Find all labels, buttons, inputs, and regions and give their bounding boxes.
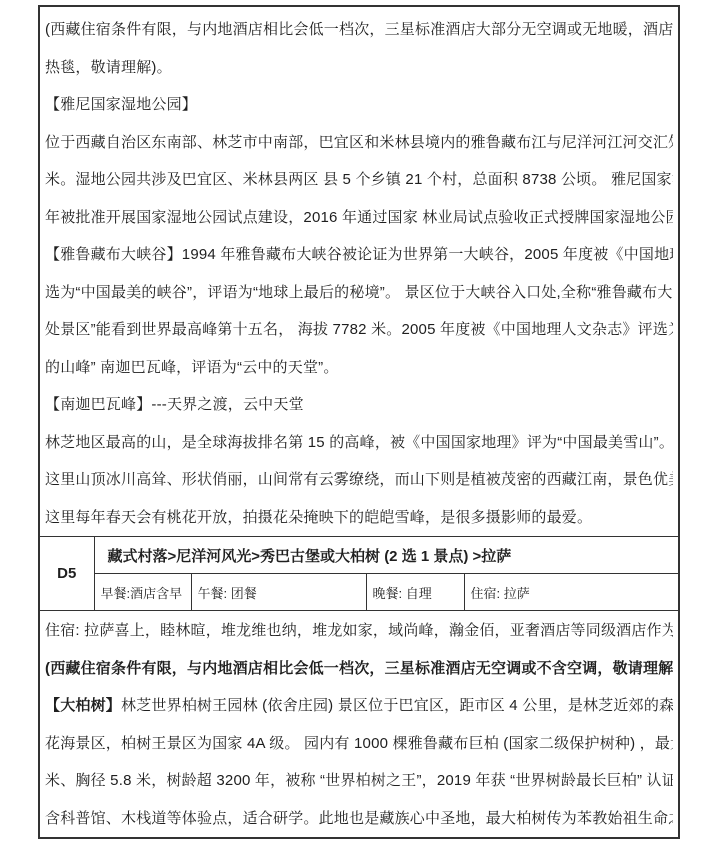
paragraph-line: 住宿: 拉萨喜上，睦林暄，堆龙维也纳，堆龙如家，域尚峰，瀚金佰，亚奢酒店等同级酒… — [45, 612, 673, 650]
paragraph-line: 这里山顶冰川高耸、形状俏丽，山间常有云雾缭绕，而山下则是植被茂密的西藏江南，景色… — [45, 461, 673, 499]
paragraph-line: 林芝地区最高的山，是全球海拔排名第 15 的高峰，被《中国国家地理》评为“中国最… — [45, 424, 673, 462]
paragraph-text: 位于西藏自治区东南部、林芝市中南部，巴宜区和米林县境内的雅鲁藏布江与尼洋河江河交… — [45, 134, 673, 151]
paragraph-text: 【雅鲁藏布大峡谷】1994 年雅鲁藏布大峡谷被论证为世界第一大峡谷，2005 年… — [45, 246, 673, 263]
detail-row: 住宿: 拉萨喜上，睦林暄，堆龙维也纳，堆龙如家，域尚峰，瀚金佰，亚奢酒店等同级酒… — [39, 611, 679, 839]
paragraph-line: 花海景区，柏树王景区为国家 4A 级。 园内有 1000 棵雅鲁藏布巨柏 (国家… — [45, 725, 673, 763]
paragraph-lead-label: 【大柏树】 — [45, 697, 121, 714]
paragraph-text: 林芝地区最高的山，是全球海拔排名第 15 的高峰，被《中国国家地理》评为“中国最… — [45, 434, 673, 451]
paragraph-line: 【雅尼国家湿地公园】 — [45, 86, 673, 124]
intro-cell: (西藏住宿条件有限，与内地酒店相比会低一档次，三星标准酒店大部分无空调或无地暖，… — [39, 6, 679, 537]
paragraph-text: 选为“中国最美的峡谷”，评语为“地球上最后的秘境”。 景区位于大峡谷入口处,全称… — [45, 284, 673, 301]
meal-cell: 早餐:酒店含早 — [94, 574, 191, 611]
route-title: 藏式村落>尼洋河风光>秀巴古堡或大柏树 (2 选 1 景点) >拉萨 — [94, 537, 679, 574]
meals-row: 早餐:酒店含早 午餐: 团餐 晚餐: 自理 住宿: 拉萨 — [39, 574, 679, 611]
paragraph-line: 的山峰” 南迦巴瓦峰，评语为“云中的天堂”。 — [45, 349, 673, 387]
paragraph-line: 处景区”能看到世界最高峰第十五名， 海拔 7782 米。2005 年度被《中国地… — [45, 311, 673, 349]
detail-cell: 住宿: 拉萨喜上，睦林暄，堆龙维也纳，堆龙如家，域尚峰，瀚金佰，亚奢酒店等同级酒… — [39, 611, 679, 839]
meal-label: 晚餐: 自理 — [373, 586, 432, 601]
paragraph-line: 米。湿地公园共涉及巴宜区、米林县两区 县 5 个乡镇 21 个村，总面积 873… — [45, 161, 673, 199]
paragraph-line: 热毯，敬请理解)。 — [45, 49, 673, 87]
paragraph-text: 米、胸径 5.8 米，树龄超 3200 年，被称 “世界柏树之王”，2019 年… — [45, 772, 673, 789]
paragraph-text: 林芝世界柏树王园林 (依舍庄园) 景区位于巴宜区，距市区 4 公里，是林芝近郊的… — [121, 697, 673, 714]
paragraph-line: 位于西藏自治区东南部、林芝市中南部，巴宜区和米林县境内的雅鲁藏布江与尼洋河江河交… — [45, 124, 673, 162]
meal-label: 住宿: 拉萨 — [471, 586, 530, 601]
paragraph-text: 【南迦巴瓦峰】---天界之渡，云中天堂 — [45, 396, 304, 413]
paragraph-line: 这里每年春天会有桃花开放，拍摄花朵掩映下的皑皑雪峰，是很多摄影师的最爱。 — [45, 499, 673, 537]
paragraph-text: (西藏住宿条件有限，与内地酒店相比会低一档次，三星标准酒店无空调或不含空调，敬请… — [45, 660, 673, 677]
paragraph-text: 处景区”能看到世界最高峰第十五名， 海拔 7782 米。2005 年度被《中国地… — [45, 321, 673, 338]
meal-cell: 午餐: 团餐 — [191, 574, 366, 611]
paragraph-text: 这里山顶冰川高耸、形状俏丽，山间常有云雾缭绕，而山下则是植被茂密的西藏江南，景色… — [45, 471, 673, 488]
paragraph-text: (西藏住宿条件有限，与内地酒店相比会低一档次，三星标准酒店大部分无空调或无地暖，… — [45, 21, 673, 38]
paragraph-line: (西藏住宿条件有限，与内地酒店相比会低一档次，三星标准酒店大部分无空调或无地暖，… — [45, 11, 673, 49]
document-page: (西藏住宿条件有限，与内地酒店相比会低一档次，三星标准酒店大部分无空调或无地暖，… — [0, 0, 711, 843]
paragraph-line: 【南迦巴瓦峰】---天界之渡，云中天堂 — [45, 386, 673, 424]
paragraph-text: 住宿: 拉萨喜上，睦林暄，堆龙维也纳，堆龙如家，域尚峰，瀚金佰，亚奢酒店等同级酒… — [45, 622, 673, 639]
paragraph-line: 米、胸径 5.8 米，树龄超 3200 年，被称 “世界柏树之王”，2019 年… — [45, 762, 673, 800]
paragraph-text: 花海景区，柏树王景区为国家 4A 级。 园内有 1000 棵雅鲁藏布巨柏 (国家… — [45, 735, 673, 752]
meal-cell: 住宿: 拉萨 — [464, 574, 679, 611]
paragraph-line: 【雅鲁藏布大峡谷】1994 年雅鲁藏布大峡谷被论证为世界第一大峡谷，2005 年… — [45, 236, 673, 274]
meal-label: 早餐:酒店含早 — [101, 586, 183, 601]
paragraph-line: 【大柏树】林芝世界柏树王园林 (依舍庄园) 景区位于巴宜区，距市区 4 公里，是… — [45, 687, 673, 725]
paragraph-text: 热毯，敬请理解)。 — [45, 59, 172, 76]
intro-row: (西藏住宿条件有限，与内地酒店相比会低一档次，三星标准酒店大部分无空调或无地暖，… — [39, 6, 679, 537]
paragraph-text: 年被批准开展国家湿地公园试点建设，2016 年通过国家 林业局试点验收正式授牌国… — [45, 209, 673, 226]
meal-cell: 晚餐: 自理 — [366, 574, 464, 611]
paragraph-text: 含科普馆、木栈道等体验点，适合研学。此地也是藏族心中圣地，最大柏树传为苯教始祖生… — [45, 810, 673, 827]
paragraph-text: 米。湿地公园共涉及巴宜区、米林县两区 县 5 个乡镇 21 个村，总面积 873… — [45, 171, 673, 188]
paragraph-text: 的山峰” 南迦巴瓦峰，评语为“云中的天堂”。 — [45, 359, 339, 376]
meal-label: 午餐: 团餐 — [198, 586, 257, 601]
itinerary-table: (西藏住宿条件有限，与内地酒店相比会低一档次，三星标准酒店大部分无空调或无地暖，… — [38, 5, 680, 839]
paragraph-text: 【雅尼国家湿地公园】 — [45, 96, 197, 113]
paragraph-line: 年被批准开展国家湿地公园试点建设，2016 年通过国家 林业局试点验收正式授牌国… — [45, 199, 673, 237]
day-label: D5 — [39, 537, 94, 611]
paragraph-line: (西藏住宿条件有限，与内地酒店相比会低一档次，三星标准酒店无空调或不含空调，敬请… — [45, 650, 673, 688]
day-route-row: D5 藏式村落>尼洋河风光>秀巴古堡或大柏树 (2 选 1 景点) >拉萨 — [39, 537, 679, 574]
paragraph-line: 选为“中国最美的峡谷”，评语为“地球上最后的秘境”。 景区位于大峡谷入口处,全称… — [45, 274, 673, 312]
paragraph-text: 这里每年春天会有桃花开放，拍摄花朵掩映下的皑皑雪峰，是很多摄影师的最爱。 — [45, 509, 592, 526]
paragraph-line: 含科普馆、木栈道等体验点，适合研学。此地也是藏族心中圣地，最大柏树传为苯教始祖生… — [45, 800, 673, 838]
